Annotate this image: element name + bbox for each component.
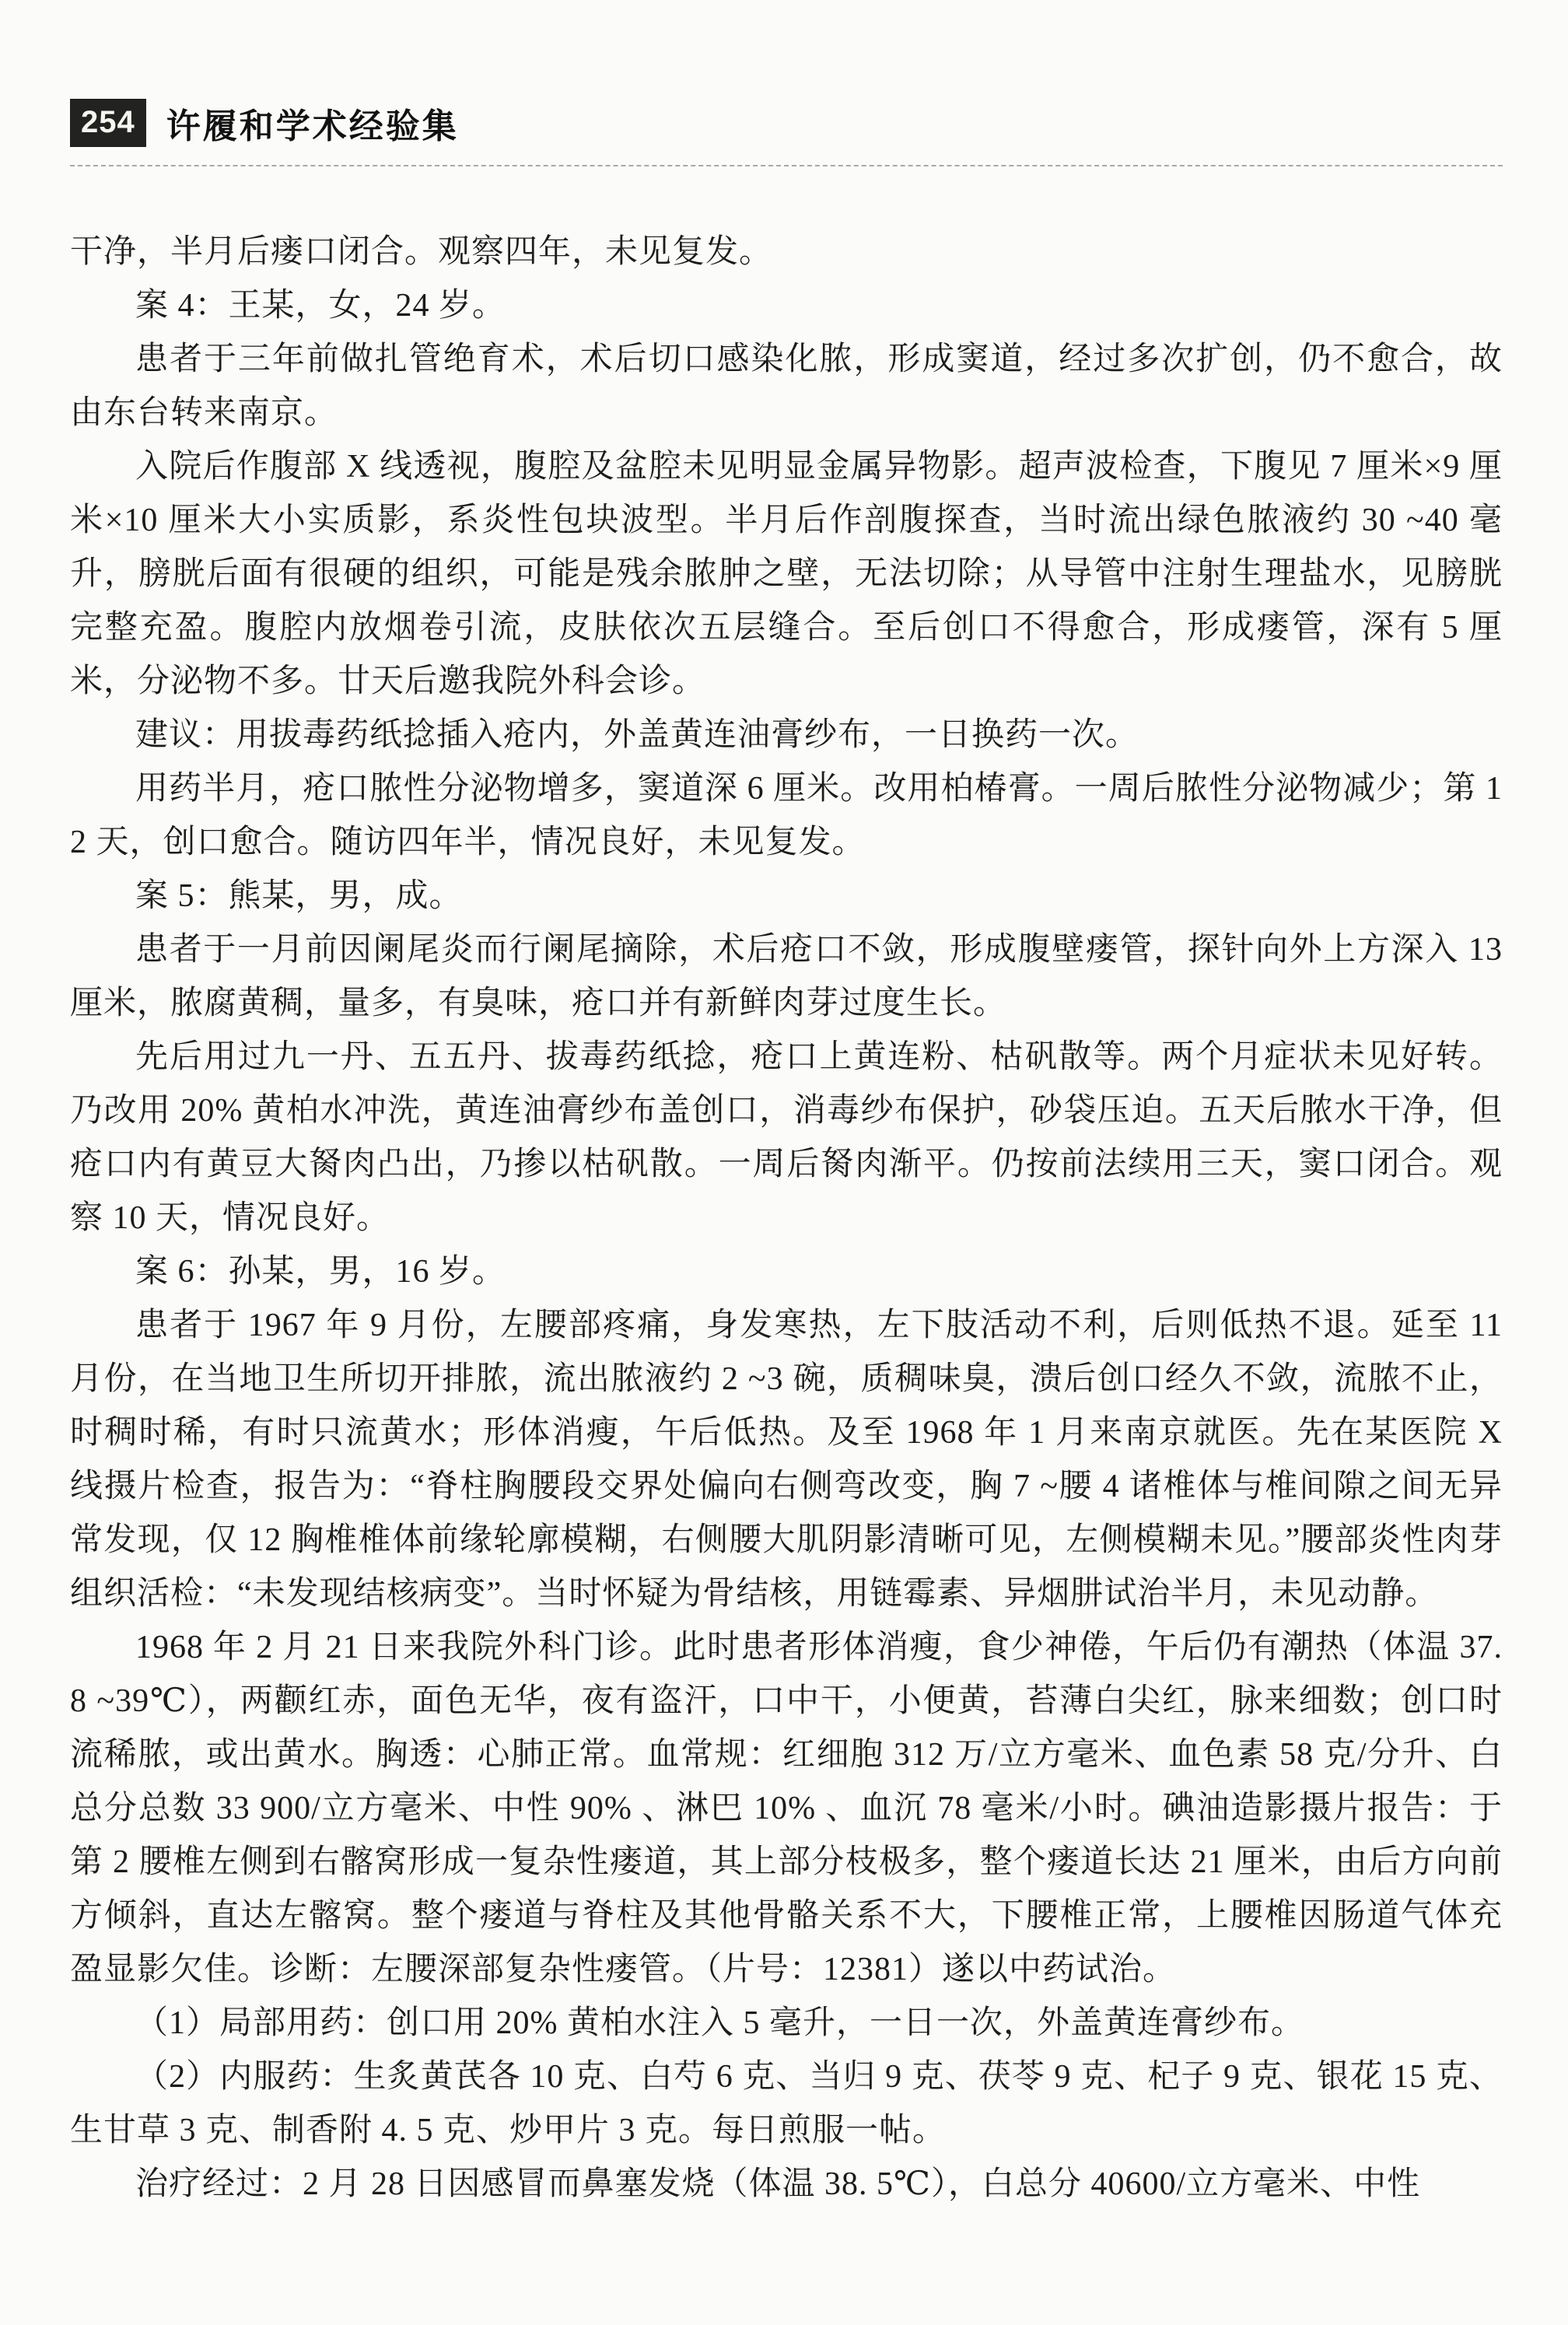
book-title: 许履和学术经验集 [166, 98, 459, 148]
book-page: 254 许履和学术经验集 干净，半月后瘘口闭合。观察四年，未见复发。案 4：王某… [0, 0, 1568, 2325]
paragraph-11: 1968 年 2 月 21 日来我院外科门诊。此时患者形体消瘦，食少神倦，午后仍… [70, 1621, 1503, 1997]
paragraph-8: 先后用过九一丹、五五丹、拔毒药纸捻，疮口上黄连粉、枯矾散等。两个月症状未见好转。… [70, 1031, 1503, 1245]
paragraph-7: 患者于一月前因阑尾炎而行阑尾摘除，术后疮口不敛，形成腹壁瘘管，探针向外上方深入 … [70, 923, 1503, 1031]
page-header: 254 许履和学术经验集 [70, 98, 1503, 166]
paragraph-12: （1）局部用药：创口用 20% 黄柏水注入 5 毫升，一日一次，外盖黄连膏纱布。 [70, 1997, 1503, 2050]
paragraph-13: （2）内服药：生炙黄芪各 10 克、白芍 6 克、当归 9 克、茯苓 9 克、杞… [70, 2050, 1503, 2158]
paragraph-9: 案 6：孙某，男，16 岁。 [70, 1245, 1503, 1299]
paragraph-2: 患者于三年前做扎管绝育术，术后切口感染化脓，形成窦道，经过多次扩创，仍不愈合，故… [70, 333, 1503, 440]
paragraph-1: 案 4：王某，女，24 岁。 [70, 279, 1503, 333]
page-number-badge: 254 [70, 99, 146, 147]
paragraph-14: 治疗经过：2 月 28 日因感冒而鼻塞发烧（体温 38. 5℃），白总分 406… [70, 2158, 1503, 2211]
paragraph-4: 建议：用拔毒药纸捻插入疮内，外盖黄连油膏纱布，一日换药一次。 [70, 709, 1503, 762]
page-body: 干净，半月后瘘口闭合。观察四年，未见复发。案 4：王某，女，24 岁。患者于三年… [70, 226, 1503, 2211]
paragraph-0: 干净，半月后瘘口闭合。观察四年，未见复发。 [70, 226, 1503, 279]
paragraph-6: 案 5：熊某，男，成。 [70, 870, 1503, 923]
paragraph-3: 入院后作腹部 X 线透视，腹腔及盆腔未见明显金属异物影。超声波检查，下腹见 7 … [70, 440, 1503, 709]
paragraph-5: 用药半月，疮口脓性分泌物增多，窦道深 6 厘米。改用柏椿膏。一周后脓性分泌物减少… [70, 762, 1503, 870]
paragraph-10: 患者于 1967 年 9 月份，左腰部疼痛，身发寒热，左下肢活动不利，后则低热不… [70, 1299, 1503, 1621]
